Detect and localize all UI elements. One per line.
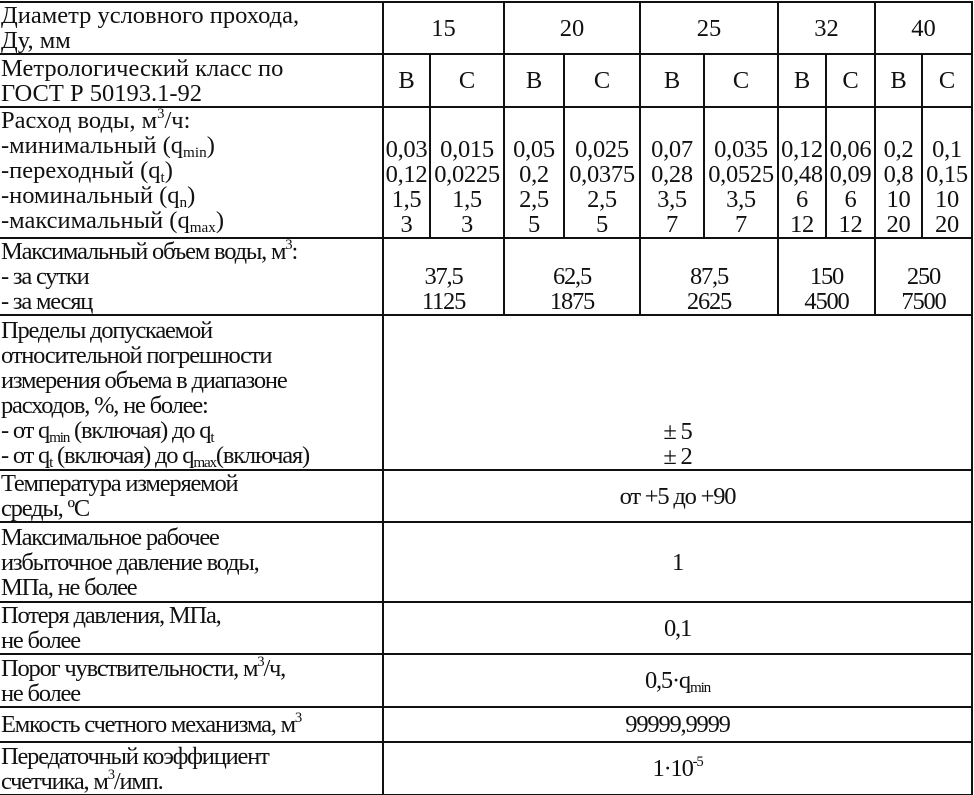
flow-column: 0,030,121,53 <box>383 107 430 238</box>
row-flow-rates: Расход воды, м3/ч: -минимальный (qmin) -… <box>0 107 972 238</box>
capacity-label: Емкость счетного механизма, м3 <box>0 707 383 742</box>
max-pressure-label: Максимальное рабочее избыточное давление… <box>0 522 383 602</box>
row-transfer-coefficient: Передаточный коэффициент счетчика, м3/им… <box>0 742 972 795</box>
pressure-loss-label: Потеря давления, МПа, не более <box>0 602 383 654</box>
row-metrological-class: Метрологический класс по ГОСТ Р 50193.1-… <box>0 54 972 107</box>
flow-column: 0,20,81020 <box>875 107 922 238</box>
flow-column: 0,0250,03752,55 <box>564 107 640 238</box>
diameter-value: 20 <box>504 2 640 54</box>
metro-class-value: B <box>383 54 430 107</box>
metro-class-value: B <box>504 54 564 107</box>
row-temperature: Температура измеряемой среды, ºС от +5 д… <box>0 470 972 522</box>
max-volume-value: 62,51875 <box>504 238 640 315</box>
error-limits-label: Пределы допускаемой относительной погреш… <box>0 315 383 470</box>
row-sensitivity: Порог чувствительности, м3/ч, не более 0… <box>0 654 972 707</box>
sensitivity-value: 0,5·qmin <box>383 654 972 707</box>
flow-nominal-label: -номинальный (qn) <box>1 183 382 208</box>
flow-column: 0,0150,02251,53 <box>430 107 504 238</box>
row-capacity: Емкость счетного механизма, м3 99999,999… <box>0 707 972 742</box>
row-max-pressure: Максимальное рабочее избыточное давление… <box>0 522 972 602</box>
temperature-label: Температура измеряемой среды, ºС <box>0 470 383 522</box>
max-volume-label: Максимальный объем воды, м3: - за сутки … <box>0 238 383 315</box>
diameter-value: 25 <box>640 2 778 54</box>
metro-class-value: C <box>922 54 972 107</box>
diameter-value: 40 <box>875 2 972 54</box>
flow-max-label: -максимальный (qmax) <box>1 208 382 233</box>
transfer-coef-label: Передаточный коэффициент счетчика, м3/им… <box>0 742 383 795</box>
flow-column: 0,10,151020 <box>922 107 972 238</box>
specifications-table: Диаметр условного прохода, Ду, мм 15 20 … <box>0 1 973 795</box>
max-volume-value: 37,51125 <box>383 238 504 315</box>
row-max-volume: Максимальный объем воды, м3: - за сутки … <box>0 238 972 315</box>
max-pressure-value: 1 <box>383 522 972 602</box>
max-volume-value: 87,52625 <box>640 238 778 315</box>
metro-class-value: B <box>640 54 704 107</box>
flow-label: Расход воды, м3/ч: -минимальный (qmin) -… <box>0 107 383 238</box>
sensitivity-label: Порог чувствительности, м3/ч, не более <box>0 654 383 707</box>
diameter-value: 15 <box>383 2 504 54</box>
metro-class-value: C <box>704 54 778 107</box>
diameter-value: 32 <box>778 2 875 54</box>
row-pressure-loss: Потеря давления, МПа, не более 0,1 <box>0 602 972 654</box>
error-range-2-label: - от qt (включая) до qmax(включая) <box>1 443 382 468</box>
metro-class-value: C <box>564 54 640 107</box>
metro-class-value: B <box>875 54 922 107</box>
diameter-label: Диаметр условного прохода, Ду, мм <box>0 2 383 54</box>
metro-class-value: C <box>430 54 504 107</box>
flow-transitional-label: -переходный (qt) <box>1 158 382 183</box>
flow-column: 0,0350,05253,57 <box>704 107 778 238</box>
max-volume-value: 2507500 <box>875 238 972 315</box>
capacity-value: 99999,9999 <box>383 707 972 742</box>
row-error-limits: Пределы допускаемой относительной погреш… <box>0 315 972 470</box>
flow-column: 0,050,22,55 <box>504 107 564 238</box>
max-volume-value: 1504500 <box>778 238 875 315</box>
flow-min-label: -минимальный (qmin) <box>1 133 382 158</box>
flow-column: 0,060,09612 <box>826 107 875 238</box>
error-range-1-label: - от qmin (включая) до qt <box>1 418 382 443</box>
metro-class-value: C <box>826 54 875 107</box>
flow-column: 0,070,283,57 <box>640 107 704 238</box>
pressure-loss-value: 0,1 <box>383 602 972 654</box>
flow-column: 0,120,48612 <box>778 107 826 238</box>
transfer-coef-value: 1·10-5 <box>383 742 972 795</box>
temperature-value: от +5 до +90 <box>383 470 972 522</box>
metro-class-label: Метрологический класс по ГОСТ Р 50193.1-… <box>0 54 383 107</box>
row-diameter: Диаметр условного прохода, Ду, мм 15 20 … <box>0 2 972 54</box>
metro-class-value: B <box>778 54 826 107</box>
error-limits-value: ± 5 ± 2 <box>383 315 972 470</box>
